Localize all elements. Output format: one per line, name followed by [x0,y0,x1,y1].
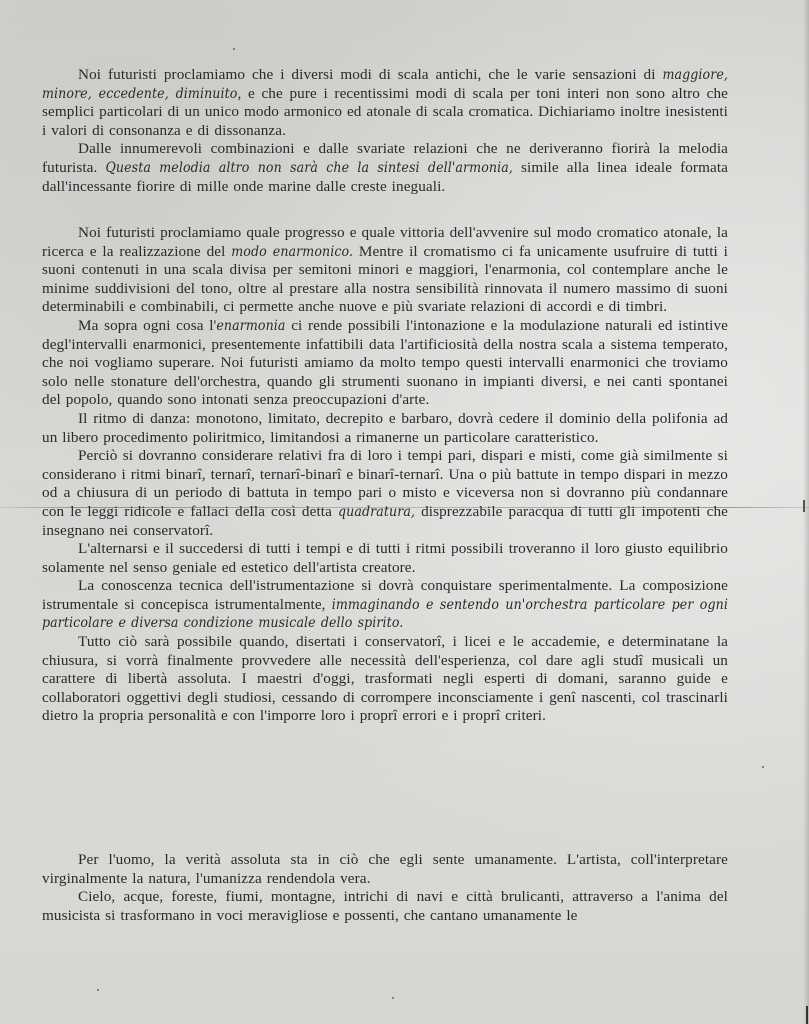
italic-text-run: enarmonia [216,318,285,334]
text-run: Il ritmo di danza: monotono, limitato, d… [42,410,728,446]
text-section-1: Noi futuristi proclamiamo che i diversi … [42,66,728,196]
paragraph-rhythm-balance: L'alternarsi e il succedersi di tutti i … [42,540,728,577]
paragraph-dance-rhythm: Il ritmo di danza: monotono, limitato, d… [42,410,728,447]
paragraph-futurist-melody: Dalle innumerevoli combinazioni e dalle … [42,140,728,196]
paper-speck [392,997,394,999]
text-section-3: Per l'uomo, la verità assoluta sta in ci… [42,851,728,925]
paragraph-instrumentation: La conoscenza tecnica dell'istrumentazio… [42,577,728,633]
italic-text-run: modo enarmonico. [231,244,353,260]
paper-speck [762,766,764,768]
page-edge-shadow [803,0,809,1024]
edge-mark [806,1006,808,1024]
text-run: Noi futuristi proclamiamo che i diversi … [78,66,662,83]
paragraph-nature-voices: Cielo, acque, foreste, fiumi, montagne, … [42,888,728,925]
paragraph-scale-modes: Noi futuristi proclamiamo che i diversi … [42,66,728,140]
text-run: Per l'uomo, la verità assoluta sta in ci… [42,851,728,887]
paragraph-enharmony: Ma sopra ogni cosa l'enarmonia ci rende … [42,317,728,410]
paragraph-absolute-truth: Per l'uomo, la verità assoluta sta in ci… [42,851,728,888]
scanned-page: Noi futuristi proclamiamo che i diversi … [0,0,809,1024]
text-run: Ma sopra ogni cosa l' [78,317,216,334]
text-run: Cielo, acque, foreste, fiumi, montagne, … [42,888,728,924]
paper-speck [233,48,235,50]
paragraph-enharmonic-mode: Noi futuristi proclamiamo quale progress… [42,224,728,317]
paragraph-relative-tempi: Perciò si dovranno considerare relativi … [42,447,728,540]
fold-mark [803,500,805,512]
text-section-2: Noi futuristi proclamiamo quale progress… [42,224,728,726]
italic-text-run: quadratura, [338,504,415,520]
paper-speck [97,989,99,991]
text-run: Tutto ciò sarà possibile quando, diserta… [42,633,728,724]
paragraph-conservatories: Tutto ciò sarà possibile quando, diserta… [42,633,728,726]
text-run: L'alternarsi e il succedersi di tutti i … [42,540,728,576]
italic-text-run: Questa melodia altro non sarà che la sin… [105,160,512,176]
